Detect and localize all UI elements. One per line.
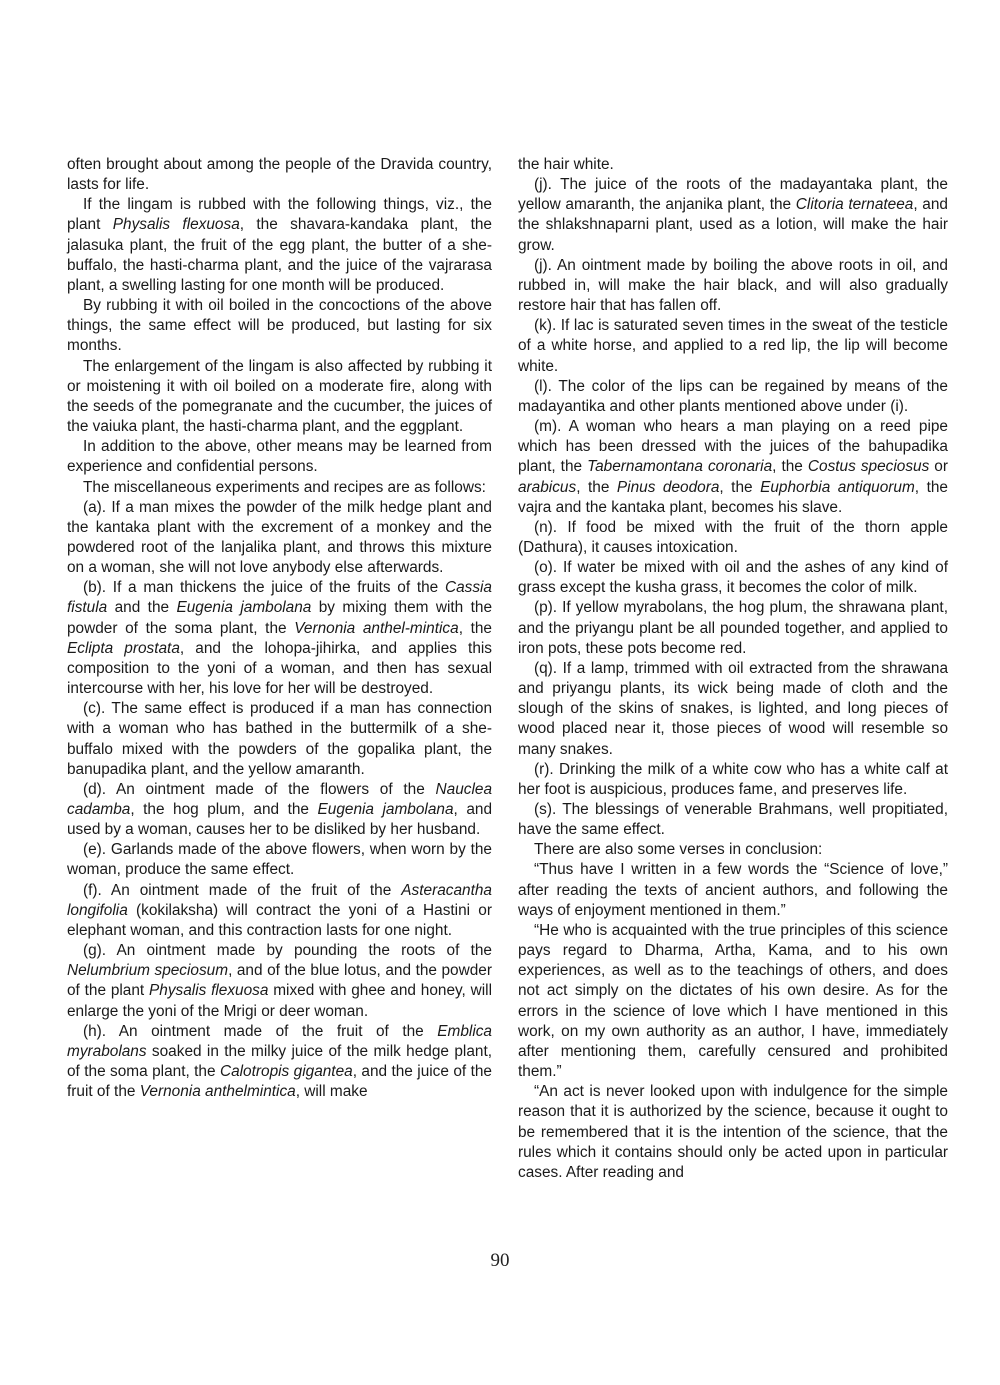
text-run: , will make — [296, 1083, 368, 1100]
text-run: (e). Garlands made of the above flowers,… — [67, 841, 492, 878]
text-run: , the — [719, 479, 760, 496]
paragraph: (g). An ointment made by pounding the ro… — [67, 941, 492, 1022]
text-run: By rubbing it with oil boiled in the con… — [67, 297, 492, 354]
paragraph: (j). An ointment made by boiling the abo… — [518, 256, 948, 316]
paragraph: (n). If food be mixed with the fruit of … — [518, 518, 948, 558]
text-run: (b). If a man thickens the juice of the … — [83, 579, 445, 596]
text-run: (n). If food be mixed with the fruit of … — [518, 519, 948, 556]
paragraph: In addition to the above, other means ma… — [67, 437, 492, 477]
text-run: “He who is acquainted with the true prin… — [518, 922, 948, 1080]
paragraph: (c). The same effect is produced if a ma… — [67, 699, 492, 780]
text-run: There are also some verses in conclusion… — [534, 841, 822, 858]
text-run: (kokilaksha) will contract the yoni of a… — [67, 902, 492, 939]
paragraph: (k). If lac is saturated seven times in … — [518, 316, 948, 376]
paragraph: the hair white. — [518, 155, 948, 175]
italic-term: arabicus — [518, 479, 576, 496]
text-run: (d). An ointment made of the flowers of … — [83, 781, 436, 798]
paragraph: The miscellaneous experiments and recipe… — [67, 478, 492, 498]
italic-term: Nelumbrium speciosum — [67, 962, 228, 979]
paragraph: (p). If yellow myrabolans, the hog plum,… — [518, 598, 948, 658]
text-run: and the — [107, 599, 176, 616]
text-run: The enlargement of the lingam is also af… — [67, 358, 492, 435]
text-run: (q). If a lamp, trimmed with oil extract… — [518, 660, 948, 758]
text-run: (f). An ointment made of the fruit of th… — [83, 882, 401, 899]
text-run: “Thus have I written in a few words the … — [518, 861, 948, 918]
right-column: the hair white.(j). The juice of the roo… — [518, 155, 948, 1183]
text-run: the hair white. — [518, 156, 614, 173]
text-run: “An act is never looked upon with indulg… — [518, 1083, 948, 1181]
italic-term: Calotropis gigantea — [220, 1063, 353, 1080]
italic-term: Vernonia anthelmintica — [140, 1083, 296, 1100]
text-run: , the hog plum, and the — [130, 801, 317, 818]
paragraph: (s). The blessings of venerable Brahmans… — [518, 800, 948, 840]
paragraph: “He who is acquainted with the true prin… — [518, 921, 948, 1082]
paragraph: (l). The color of the lips can be regain… — [518, 377, 948, 417]
text-run: (s). The blessings of venerable Brahmans… — [518, 801, 948, 838]
italic-term: Vernonia anthel-mintica — [294, 620, 458, 637]
paragraph: (b). If a man thickens the juice of the … — [67, 578, 492, 699]
paragraph: (o). If water be mixed with oil and the … — [518, 558, 948, 598]
paragraph: (f). An ointment made of the fruit of th… — [67, 881, 492, 941]
text-run: (p). If yellow myrabolans, the hog plum,… — [518, 599, 948, 656]
paragraph: If the lingam is rubbed with the followi… — [67, 195, 492, 296]
paragraph: (d). An ointment made of the flowers of … — [67, 780, 492, 840]
paragraph: “An act is never looked upon with indulg… — [518, 1082, 948, 1183]
text-run: (j). An ointment made by boiling the abo… — [518, 257, 948, 314]
italic-term: Eugenia jambolana — [176, 599, 311, 616]
paragraph: (h). An ointment made of the fruit of th… — [67, 1022, 492, 1103]
italic-term: Eclipta prostata — [67, 640, 180, 657]
text-run: (r). Drinking the milk of a white cow wh… — [518, 761, 948, 798]
paragraph: (e). Garlands made of the above flowers,… — [67, 840, 492, 880]
italic-term: Physalis flexuosa — [149, 982, 268, 999]
paragraph: The enlargement of the lingam is also af… — [67, 357, 492, 438]
italic-term: Euphorbia antiquorum — [760, 479, 915, 496]
text-run: (c). The same effect is produced if a ma… — [67, 700, 492, 777]
italic-term: Clitoria ternateea — [796, 196, 914, 213]
paragraph: “Thus have I written in a few words the … — [518, 860, 948, 920]
text-run: (k). If lac is saturated seven times in … — [518, 317, 948, 374]
page-number: 90 — [0, 1250, 1000, 1272]
text-run: , the — [772, 458, 808, 475]
text-run: (a). If a man mixes the powder of the mi… — [67, 499, 492, 576]
text-run: In addition to the above, other means ma… — [67, 438, 492, 475]
text-run: (o). If water be mixed with oil and the … — [518, 559, 948, 596]
italic-term: Physalis flexuosa — [113, 216, 240, 233]
paragraph: (r). Drinking the milk of a white cow wh… — [518, 760, 948, 800]
italic-term: Pinus deodora — [617, 479, 720, 496]
text-run: The miscellaneous experiments and recipe… — [83, 479, 486, 496]
italic-term: Eugenia jambolana — [318, 801, 454, 818]
text-run: or — [929, 458, 948, 475]
paragraph: (m). A woman who hears a man playing on … — [518, 417, 948, 518]
italic-term: Tabernamontana coronaria — [587, 458, 772, 475]
text-run: often brought about among the people of … — [67, 156, 492, 193]
paragraph: There are also some verses in conclusion… — [518, 840, 948, 860]
text-run: , the — [576, 479, 617, 496]
book-page: often brought about among the people of … — [0, 0, 1000, 1385]
paragraph: (a). If a man mixes the powder of the mi… — [67, 498, 492, 579]
italic-term: Costus speciosus — [808, 458, 929, 475]
text-run: (g). An ointment made by pounding the ro… — [83, 942, 492, 959]
text-run: (h). An ointment made of the fruit of th… — [83, 1023, 437, 1040]
paragraph: By rubbing it with oil boiled in the con… — [67, 296, 492, 356]
paragraph: (q). If a lamp, trimmed with oil extract… — [518, 659, 948, 760]
left-column: often brought about among the people of … — [67, 155, 492, 1102]
paragraph: (j). The juice of the roots of the maday… — [518, 175, 948, 256]
paragraph: often brought about among the people of … — [67, 155, 492, 195]
text-run: , the — [459, 620, 492, 637]
text-run: (l). The color of the lips can be regain… — [518, 378, 948, 415]
